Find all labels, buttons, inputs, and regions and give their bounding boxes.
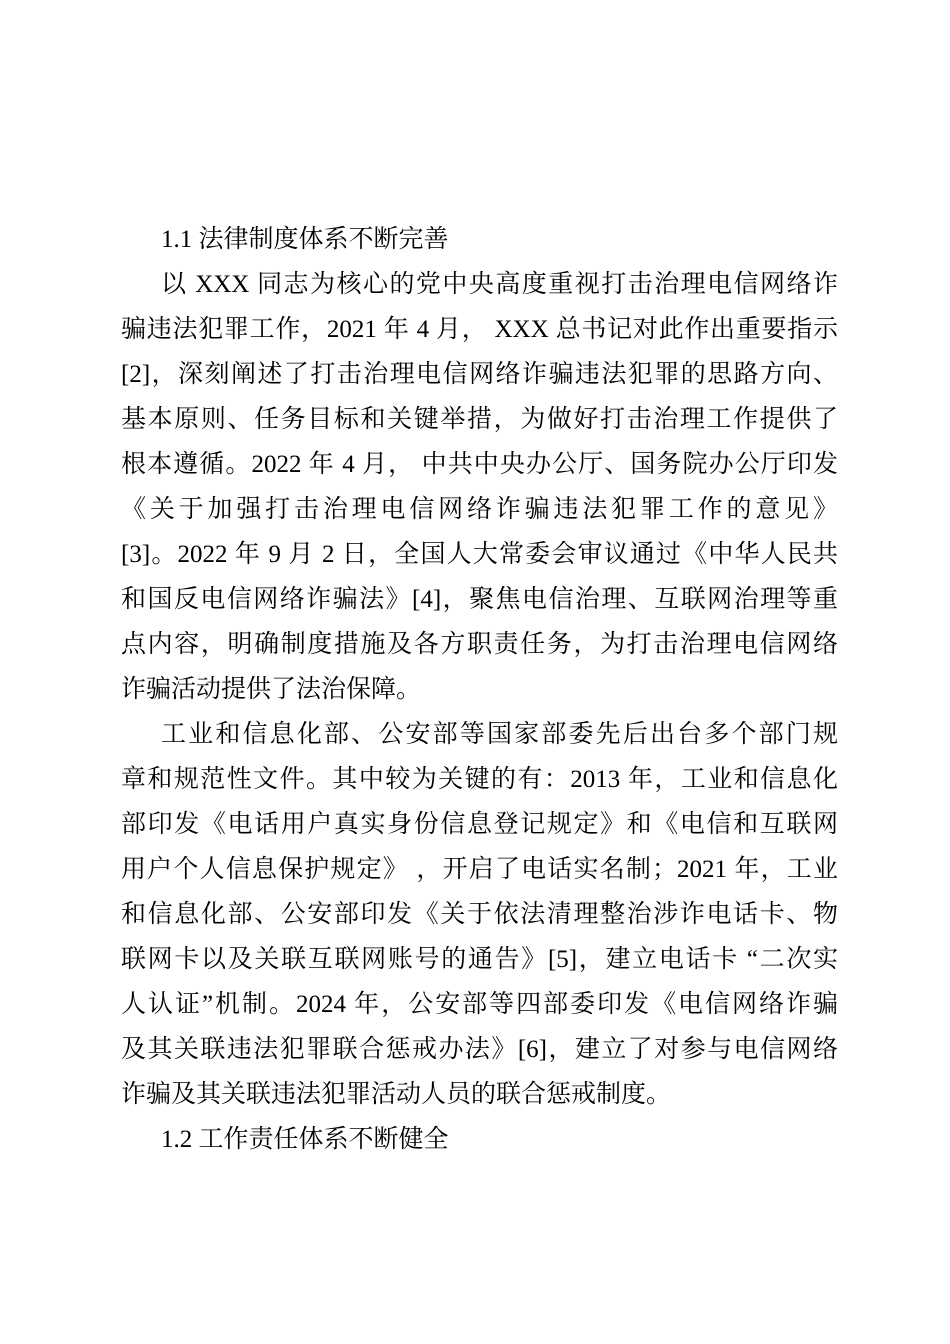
document-text-block: 1.1 法律制度体系不断完善 以 XXX 同志为核心的党中央高度重视打击治理电信… bbox=[121, 217, 838, 1162]
paragraph-2-line: 部印发《电话用户真实身份信息登记规定》和《电信和互联网 bbox=[121, 802, 838, 847]
paragraph-1-last-line: 诈骗活动提供了法治保障。 bbox=[121, 667, 838, 712]
paragraph-2-line: 及其关联违法犯罪联合惩戒办法》[6]，建立了对参与电信网络 bbox=[121, 1027, 838, 1072]
paragraph-1-line: 点内容，明确制度措施及各方职责任务，为打击治理电信网络 bbox=[121, 622, 838, 667]
paragraph-1-line: [3]。2022 年 9 月 2 日，全国人大常委会审议通过《中华人民共 bbox=[121, 532, 838, 577]
paragraph-2-line: 联网卡以及关联互联网账号的通告》[5]，建立电话卡 “二次实 bbox=[121, 937, 838, 982]
document-page: 1.1 法律制度体系不断完善 以 XXX 同志为核心的党中央高度重视打击治理电信… bbox=[0, 0, 950, 1344]
paragraph-1-line: 根本遵循。2022 年 4 月， 中共中央办公厅、国务院办公厅印发 bbox=[121, 442, 838, 487]
paragraph-1-line: 骗违法犯罪工作，2021 年 4 月， XXX 总书记对此作出重要指示 bbox=[121, 307, 838, 352]
paragraph-1-line: 以 XXX 同志为核心的党中央高度重视打击治理电信网络诈 bbox=[121, 262, 838, 307]
section-heading-1-1: 1.1 法律制度体系不断完善 bbox=[121, 217, 838, 262]
paragraph-2-line: 章和规范性文件。其中较为关键的有：2013 年，工业和信息化 bbox=[121, 757, 838, 802]
paragraph-1-line: 和国反电信网络诈骗法》[4]，聚焦电信治理、互联网治理等重 bbox=[121, 577, 838, 622]
section-heading-1-2: 1.2 工作责任体系不断健全 bbox=[121, 1117, 838, 1162]
paragraph-2-line: 工业和信息化部、公安部等国家部委先后出台多个部门规 bbox=[121, 712, 838, 757]
paragraph-2-line: 人认证”机制。2024 年，公安部等四部委印发《电信网络诈骗 bbox=[121, 982, 838, 1027]
paragraph-1-line: 《关于加强打击治理电信网络诈骗违法犯罪工作的意见》 bbox=[121, 487, 838, 532]
paragraph-1-line: 基本原则、任务目标和关键举措，为做好打击治理工作提供了 bbox=[121, 397, 838, 442]
paragraph-2-line: 和信息化部、公安部印发《关于依法清理整治涉诈电话卡、物 bbox=[121, 892, 838, 937]
paragraph-2-last-line: 诈骗及其关联违法犯罪活动人员的联合惩戒制度。 bbox=[121, 1072, 838, 1117]
paragraph-1-line: [2]，深刻阐述了打击治理电信网络诈骗违法犯罪的思路方向、 bbox=[121, 352, 838, 397]
paragraph-2-line: 用户个人信息保护规定》 ，开启了电话实名制；2021 年，工业 bbox=[121, 847, 838, 892]
